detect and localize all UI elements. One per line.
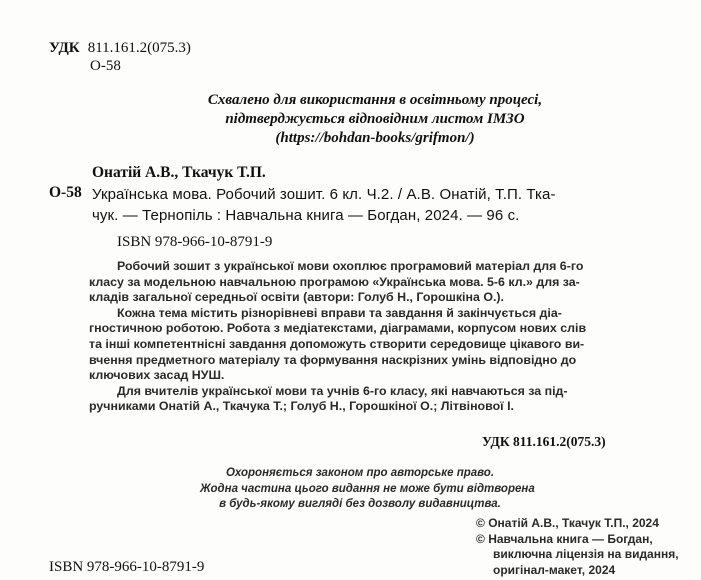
notice-line: в будь-якому вигляді без дозволу видавни… [200, 497, 520, 513]
copyright-icon: © [476, 532, 488, 546]
approval-line: підтверджується відповідним листом ІМЗО [150, 110, 600, 129]
bibliographic-description: Українська мова. Робочий зошит. 6 кл. Ч.… [92, 184, 556, 226]
abstract-line: Кожна тема містить різнорівневі вправи т… [89, 306, 629, 322]
abstract-line: вчення предметного матеріалу та формуван… [89, 353, 629, 369]
copyrights-block: © Онатій А.В., Ткачук Т.П., 2024© Навчал… [476, 516, 679, 578]
abstract-line: гностичною роботою. Робота з медіатекста… [89, 321, 629, 337]
udk-code: 811.161.2(075.3) [88, 40, 191, 56]
authors-heading: Онатій А.В., Ткачук Т.П. [92, 164, 266, 182]
abstract-line: та інші компетентнісні завдання допоможу… [89, 337, 629, 353]
abstract: Робочий зошит з української мови охоплює… [89, 259, 629, 415]
abstract-line: ручниками Онатій А., Ткачука Т.; Голуб Н… [89, 399, 629, 415]
copyright-line: © Навчальна книга — Богдан, [476, 532, 679, 548]
copyright-notice: Охороняється законом про авторське право… [200, 466, 520, 513]
udk-label: УДК [49, 40, 80, 56]
copyright-line: оригінал-макет, 2024 [476, 563, 679, 579]
footer-isbn: ISBN 978-966-10-8791-9 [49, 558, 204, 576]
copyright-line: © Онатій А.В., Ткачук Т.П., 2024 [476, 516, 679, 532]
abstract-line: класу за модельною навчальною програмою … [89, 275, 629, 291]
abstract-line: ключових засад НУШ. [89, 368, 629, 384]
biblio-line: Українська мова. Робочий зошит. 6 кл. Ч.… [92, 184, 556, 205]
biblio-line: чук. — Тернопіль : Навчальна книга — Бог… [92, 205, 556, 226]
copyright-line: виключна ліцензія на видання, [476, 547, 679, 563]
udk-bottom: УДК 811.161.2(075.3) [482, 434, 606, 450]
abstract-line: Робочий зошит з української мови охоплює… [89, 259, 629, 275]
abstract-line: кладів загальної середньої освіти (автор… [89, 290, 629, 306]
abstract-line: Для вчителів української мови та учнів 6… [89, 384, 629, 400]
author-mark: О-58 [49, 184, 82, 202]
approval-link: (https://bohdan-books/grifmon/) [150, 129, 600, 148]
notice-line: Охороняється законом про авторське право… [200, 466, 520, 482]
author-mark-top: О-58 [90, 57, 121, 75]
notice-line: Жодна частина цього видання не може бути… [200, 482, 520, 498]
approval-line: Схвалено для використання в освітньому п… [150, 91, 600, 110]
udk-header: УДК811.161.2(075.3) [49, 39, 191, 57]
approval-note: Схвалено для використання в освітньому п… [150, 91, 600, 148]
isbn: ISBN 978-966-10-8791-9 [117, 233, 272, 251]
copyright-icon: © [476, 516, 488, 530]
